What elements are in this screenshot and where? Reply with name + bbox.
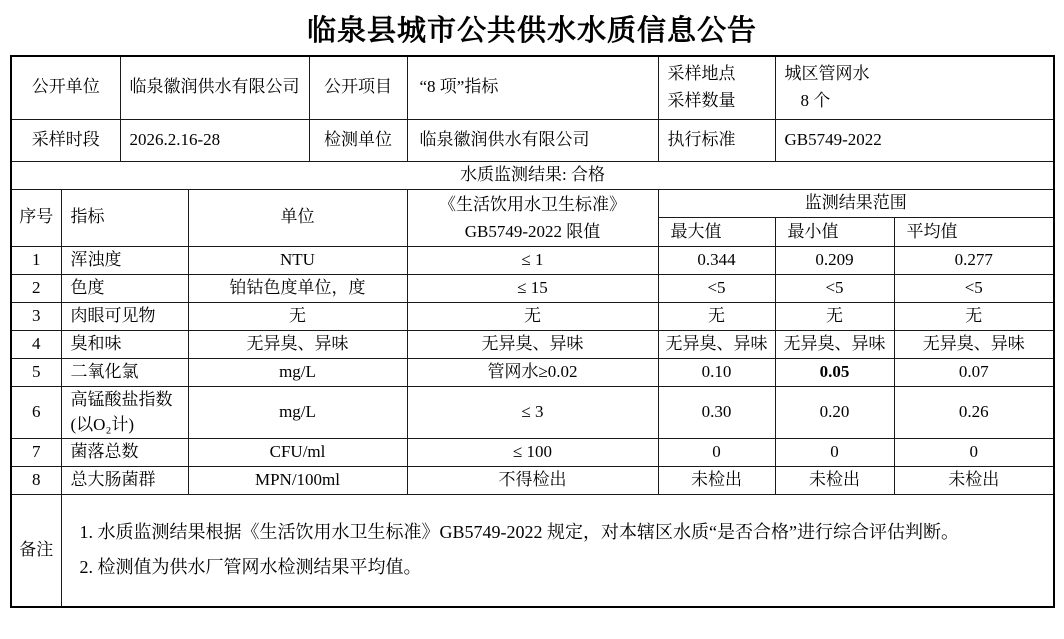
info-row-1: 公开单位 临泉徽润供水有限公司 公开项目 “8 项”指标 采样地点 采样数量 城…: [11, 56, 1054, 119]
cell-max: <5: [658, 274, 775, 302]
testing-unit-label: 检测单位: [309, 119, 407, 161]
header-unit: 单位: [188, 189, 407, 246]
data-row-1: 1 浑浊度 NTU ≤ 1 0.344 0.209 0.277: [11, 246, 1054, 274]
cell-max: 0.30: [658, 386, 775, 438]
cell-indicator: 菌落总数: [61, 439, 188, 467]
cell-seq: 6: [11, 386, 61, 438]
notes-content: 1. 水质监测结果根据《生活饮用水卫生标准》GB5749-2022 规定，对本辖…: [61, 495, 1054, 607]
sampling-period-label: 采样时段: [11, 119, 120, 161]
cell-seq: 8: [11, 467, 61, 495]
cell-unit: 无: [188, 302, 407, 330]
cell-min: 0.20: [775, 386, 894, 438]
cell-avg: 0.07: [894, 358, 1054, 386]
testing-unit-value: 临泉徽润供水有限公司: [407, 119, 658, 161]
header-range-group: 监测结果范围: [658, 189, 1054, 218]
cell-limit: 管网水≥0.02: [407, 358, 658, 386]
header-limit: 《生活饮用水卫生标准》 GB5749-2022 限值: [407, 189, 658, 246]
cell-avg: 无异臭、异味: [894, 330, 1054, 358]
sampling-site-label: 采样地点: [668, 61, 769, 87]
data-row-6: 6 高锰酸盐指数(以O₂计) mg/L ≤ 3 0.30 0.20 0.26: [11, 386, 1054, 438]
standard-value: GB5749-2022: [775, 119, 1054, 161]
notes-label: 备注: [11, 495, 61, 607]
cell-limit: ≤ 3: [407, 386, 658, 438]
cell-max: 0.344: [658, 246, 775, 274]
cell-avg: <5: [894, 274, 1054, 302]
header-max: 最大值: [658, 218, 775, 247]
cell-unit: MPN/100ml: [188, 467, 407, 495]
cell-seq: 7: [11, 439, 61, 467]
cell-unit: NTU: [188, 246, 407, 274]
header-seq: 序号: [11, 189, 61, 246]
cell-indicator: 臭和味: [61, 330, 188, 358]
publish-unit-label: 公开单位: [11, 56, 120, 119]
cell-limit: ≤ 100: [407, 439, 658, 467]
cell-limit: ≤ 1: [407, 246, 658, 274]
cell-max: 未检出: [658, 467, 775, 495]
cell-min: 未检出: [775, 467, 894, 495]
result-summary: 水质监测结果: 合格: [11, 161, 1054, 189]
cell-unit: 铂钴色度单位，度: [188, 274, 407, 302]
header-avg: 平均值: [894, 218, 1054, 247]
data-row-7: 7 菌落总数 CFU/ml ≤ 100 0 0 0: [11, 439, 1054, 467]
cell-min: 无异臭、异味: [775, 330, 894, 358]
header-min: 最小值: [775, 218, 894, 247]
cell-indicator: 肉眼可见物: [61, 302, 188, 330]
cell-min: 0: [775, 439, 894, 467]
cell-indicator: 总大肠菌群: [61, 467, 188, 495]
cell-indicator: 浑浊度: [61, 246, 188, 274]
publish-unit-value: 临泉徽润供水有限公司: [120, 56, 309, 119]
cell-seq: 4: [11, 330, 61, 358]
announcement-page: 临泉县城市公共供水水质信息公告 公开单位 临泉徽润供水有限公司 公开项目 “8 …: [0, 0, 1064, 639]
cell-limit: 无: [407, 302, 658, 330]
data-row-2: 2 色度 铂钴色度单位，度 ≤ 15 <5 <5 <5: [11, 274, 1054, 302]
cell-max: 0.10: [658, 358, 775, 386]
cell-unit: 无异臭、异味: [188, 330, 407, 358]
cell-max: 0: [658, 439, 775, 467]
cell-seq: 2: [11, 274, 61, 302]
cell-avg: 0: [894, 439, 1054, 467]
note-line-1: 1. 水质监测结果根据《生活饮用水卫生标准》GB5749-2022 规定，对本辖…: [70, 515, 1028, 550]
cell-seq: 1: [11, 246, 61, 274]
cell-min: 0.209: [775, 246, 894, 274]
sampling-count-label: 采样数量: [668, 88, 769, 114]
cell-avg: 未检出: [894, 467, 1054, 495]
header-indicator: 指标: [61, 189, 188, 246]
cell-avg: 0.26: [894, 386, 1054, 438]
cell-min: 无: [775, 302, 894, 330]
header-limit-line2: GB5749-2022 限值: [414, 218, 652, 245]
publish-item-value: “8 项”指标: [407, 56, 658, 119]
data-row-4: 4 臭和味 无异臭、异味 无异臭、异味 无异臭、异味 无异臭、异味 无异臭、异味: [11, 330, 1054, 358]
header-limit-line1: 《生活饮用水卫生标准》: [414, 191, 652, 218]
cell-unit: CFU/ml: [188, 439, 407, 467]
cell-limit: 不得检出: [407, 467, 658, 495]
cell-avg: 无: [894, 302, 1054, 330]
sampling-period-value: 2026.2.16-28: [120, 119, 309, 161]
table-header-row-top: 序号 指标 单位 《生活饮用水卫生标准》 GB5749-2022 限值 监测结果…: [11, 189, 1054, 218]
data-row-5: 5 二氧化氯 mg/L 管网水≥0.02 0.10 0.05 0.07: [11, 358, 1054, 386]
cell-seq: 5: [11, 358, 61, 386]
page-title: 临泉县城市公共供水水质信息公告: [0, 8, 1064, 49]
cell-indicator: 色度: [61, 274, 188, 302]
note-line-2: 2. 检测值为供水厂管网水检测结果平均值。: [70, 550, 1028, 585]
sampling-site-value: 城区管网水: [785, 61, 1048, 87]
sampling-labels: 采样地点 采样数量: [658, 56, 775, 119]
cell-max: 无: [658, 302, 775, 330]
data-row-3: 3 肉眼可见物 无 无 无 无 无: [11, 302, 1054, 330]
cell-limit: ≤ 15: [407, 274, 658, 302]
result-summary-row: 水质监测结果: 合格: [11, 161, 1054, 189]
sampling-values: 城区管网水 8 个: [775, 56, 1054, 119]
cell-unit: mg/L: [188, 358, 407, 386]
sampling-count-value: 8 个: [785, 88, 1048, 114]
cell-indicator: 二氧化氯: [61, 358, 188, 386]
publish-item-label: 公开项目: [309, 56, 407, 119]
cell-seq: 3: [11, 302, 61, 330]
standard-label: 执行标准: [658, 119, 775, 161]
data-row-8: 8 总大肠菌群 MPN/100ml 不得检出 未检出 未检出 未检出: [11, 467, 1054, 495]
cell-avg: 0.277: [894, 246, 1054, 274]
cell-min: 0.05: [775, 358, 894, 386]
cell-min: <5: [775, 274, 894, 302]
cell-max: 无异臭、异味: [658, 330, 775, 358]
notes-row: 备注 1. 水质监测结果根据《生活饮用水卫生标准》GB5749-2022 规定，…: [11, 495, 1054, 607]
cell-indicator: 高锰酸盐指数(以O₂计): [61, 386, 188, 438]
cell-limit: 无异臭、异味: [407, 330, 658, 358]
info-row-2: 采样时段 2026.2.16-28 检测单位 临泉徽润供水有限公司 执行标准 G…: [11, 119, 1054, 161]
water-quality-table: 公开单位 临泉徽润供水有限公司 公开项目 “8 项”指标 采样地点 采样数量 城…: [10, 55, 1055, 608]
cell-unit: mg/L: [188, 386, 407, 438]
